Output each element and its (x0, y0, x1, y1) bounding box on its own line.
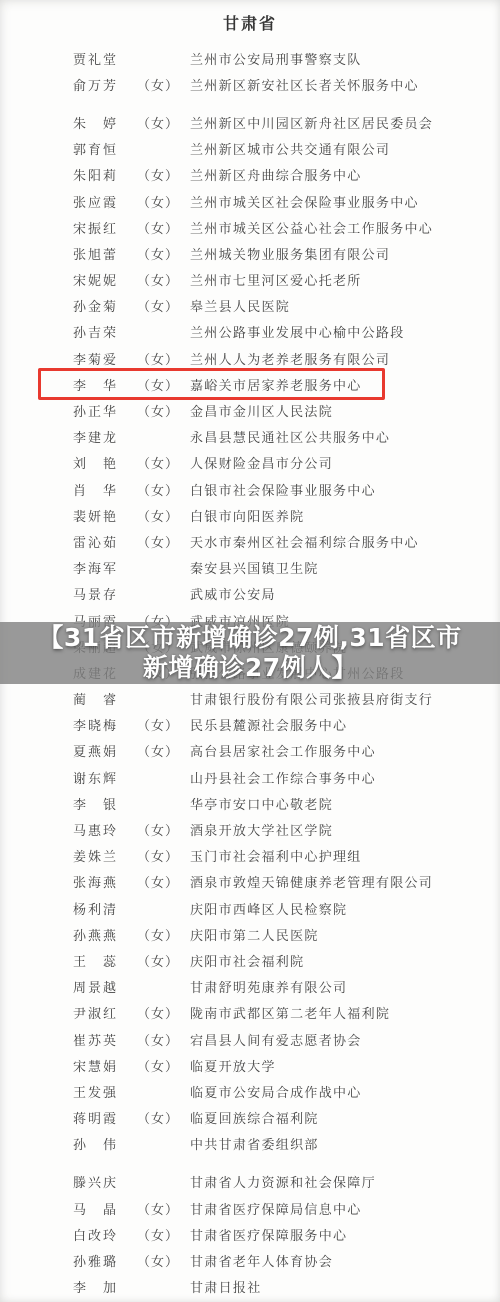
person-name: 裴妍艳 (73, 506, 137, 525)
person-name: 孙正华 (73, 401, 137, 420)
list-row: 孙吉荣 兰州公路事业发展中心榆中公路段 (0, 319, 500, 345)
organization: 兰州城关物业服务集团有限公司 (190, 244, 500, 263)
list-row: 李 银 华亭市安口中心敬老院 (0, 790, 500, 816)
person-name: 李建龙 (73, 427, 137, 446)
organization: 白银市向阳医养院 (190, 506, 500, 525)
organization: 甘肃银行股份有限公司张掖县府街支行 (190, 689, 500, 708)
person-name: 郭育恒 (73, 139, 137, 158)
list-row: 贾礼堂 兰州市公安局刑事警察支队 (0, 45, 500, 71)
list-row: 宋慧娟 （女） 临夏开放大学 (0, 1052, 500, 1078)
list-row: 郭育恒 兰州新区城市公共交通有限公司 (0, 136, 500, 162)
list-row: 马景存 武威市公安局 (0, 581, 500, 607)
person-name: 夏燕娟 (73, 741, 137, 760)
gender-label: （女） (137, 872, 190, 891)
person-name: 王 蕊 (73, 951, 137, 970)
gender-label: （女） (137, 741, 190, 760)
organization: 中共甘肃省委组织部 (190, 1134, 500, 1153)
gender-label: （女） (137, 480, 190, 499)
list-row: 裴妍艳 （女） 白银市向阳医养院 (0, 502, 500, 528)
gender-label: （女） (137, 192, 190, 211)
list-row: 孙金菊 （女） 皋兰县人民医院 (0, 293, 500, 319)
organization: 兰州市公安局刑事警察支队 (190, 49, 500, 68)
organization: 甘肃省老年人体育协会 (190, 1251, 500, 1270)
gender-label: （女） (137, 453, 190, 472)
gender-label: （女） (137, 1108, 190, 1127)
list-row: 孙雅璐 （女） 甘肃省老年人体育协会 (0, 1247, 500, 1273)
gender-label: （女） (137, 506, 190, 525)
organization: 秦安县兴国镇卫生院 (190, 558, 500, 577)
list-row: 杨利清 庆阳市西峰区人民检察院 (0, 895, 500, 921)
gender-label: （女） (137, 218, 190, 237)
person-name: 滕兴庆 (73, 1172, 137, 1191)
list-row: 张旭蕾 （女） 兰州城关物业服务集团有限公司 (0, 240, 500, 266)
overlay-text-line1: 【31省区市新增确诊27例,31省区市 (38, 623, 461, 653)
list-row: 白改玲 （女） 甘肃省医疗保障服务中心 (0, 1221, 500, 1247)
gender-label: （女） (137, 1199, 190, 1218)
organization: 甘肃省人力资源和社会保障厅 (190, 1172, 500, 1191)
document-page: 甘肃省 贾礼堂 兰州市公安局刑事警察支队 俞万芳 （女） 兰州新区新安社区长者关… (0, 0, 500, 1302)
list-row: 肖 华 （女） 白银市社会保险事业服务中心 (0, 476, 500, 502)
organization: 山丹县社会工作综合事务中心 (190, 768, 500, 787)
list-row: 李 华 （女） 嘉峪关市居家养老服务中心 (0, 371, 500, 397)
organization: 金昌市金川区人民法院 (190, 401, 500, 420)
person-name: 杨利清 (73, 899, 137, 918)
person-name: 白改玲 (73, 1225, 137, 1244)
list-row: 马惠玲 （女） 酒泉开放大学社区学院 (0, 816, 500, 842)
person-name: 李 银 (73, 794, 137, 813)
list-row: 张应霞 （女） 兰州市城关区社会保险事业服务中心 (0, 188, 500, 214)
list-row: 雷沁茹 （女） 天水市秦州区社会福利综合服务中心 (0, 528, 500, 554)
organization: 临夏市公安局合成作战中心 (190, 1082, 500, 1101)
person-name: 朱 婷 (73, 113, 137, 132)
person-name: 雷沁茹 (73, 532, 137, 551)
organization: 华亭市安口中心敬老院 (190, 794, 500, 813)
person-name: 李 加 (73, 1277, 137, 1296)
list-row: 朱 婷 （女） 兰州新区中川园区新舟社区居民委员会 (0, 109, 500, 135)
overlay-text-line2: 新增确诊27例人】 (143, 653, 357, 683)
gender-label: （女） (137, 165, 190, 184)
organization: 酒泉市敦煌天锦健康养老管理有限公司 (190, 872, 500, 891)
person-name: 李菊爱 (73, 349, 137, 368)
news-overlay-banner: 【31省区市新增确诊27例,31省区市 新增确诊27例人】 (0, 622, 500, 684)
person-name: 孙雅璐 (73, 1251, 137, 1270)
list-row: 孙正华 （女） 金昌市金川区人民法院 (0, 397, 500, 423)
organization: 兰州公路事业发展中心榆中公路段 (190, 322, 500, 341)
list-row: 孙燕燕 （女） 庆阳市第二人民医院 (0, 921, 500, 947)
gender-label: （女） (137, 951, 190, 970)
gender-label: （女） (137, 244, 190, 263)
list-row: 尹淑红 （女） 陇南市武都区第二老年人福利院 (0, 1000, 500, 1026)
organization: 临夏回族综合福利院 (190, 1108, 500, 1127)
list-row: 夏燕娟 （女） 高台县居家社会工作服务中心 (0, 738, 500, 764)
gender-label: （女） (137, 75, 190, 94)
organization: 酒泉开放大学社区学院 (190, 820, 500, 839)
organization: 皋兰县人民医院 (190, 296, 500, 315)
person-name: 尹淑红 (73, 1003, 137, 1022)
list-row: 姜姝兰 （女） 玉门市社会福利中心护理组 (0, 843, 500, 869)
person-name: 马惠玲 (73, 820, 137, 839)
person-name: 谢东辉 (73, 768, 137, 787)
organization: 兰州新区新安社区长者关怀服务中心 (190, 75, 500, 94)
organization: 兰州人人为老养老服务有限公司 (190, 349, 500, 368)
gender-label: （女） (137, 1003, 190, 1022)
person-name: 朱阳莉 (73, 165, 137, 184)
organization: 兰州新区城市公共交通有限公司 (190, 139, 500, 158)
list-row: 李晓梅 （女） 民乐县麓源社会服务中心 (0, 712, 500, 738)
gender-label: （女） (137, 925, 190, 944)
gender-label: （女） (137, 401, 190, 420)
person-name: 孙吉荣 (73, 322, 137, 341)
person-name: 马 晶 (73, 1199, 137, 1218)
person-name: 孙 伟 (73, 1134, 137, 1153)
gender-label: （女） (137, 270, 190, 289)
person-name: 张旭蕾 (73, 244, 137, 263)
gender-label: （女） (137, 1030, 190, 1049)
person-name: 崔苏英 (73, 1030, 137, 1049)
organization: 甘肃舒明苑康养有限公司 (190, 977, 500, 996)
list-row: 俞万芳 （女） 兰州新区新安社区长者关怀服务中心 (0, 71, 500, 97)
gender-label: （女） (137, 349, 190, 368)
person-name: 马景存 (73, 584, 137, 603)
list-row: 王 蕊 （女） 庆阳市社会福利院 (0, 947, 500, 973)
gender-label: （女） (137, 532, 190, 551)
organization: 甘肃省医疗保障服务中心 (190, 1225, 500, 1244)
person-name: 蔺 睿 (73, 689, 137, 708)
list-row: 谢东辉 山丹县社会工作综合事务中心 (0, 764, 500, 790)
list-row: 刘 艳 （女） 人保财险金昌市分公司 (0, 450, 500, 476)
gender-label: （女） (137, 375, 190, 394)
list-row: 马 晶 （女） 甘肃省医疗保障局信息中心 (0, 1195, 500, 1221)
person-name: 张应霞 (73, 192, 137, 211)
organization: 庆阳市第二人民医院 (190, 925, 500, 944)
organization: 武威市公安局 (190, 584, 500, 603)
list-row: 李建龙 永昌县慧民通社区公共服务中心 (0, 424, 500, 450)
person-name: 孙燕燕 (73, 925, 137, 944)
province-title: 甘肃省 (0, 0, 500, 45)
person-name: 张海燕 (73, 872, 137, 891)
organization: 兰州市城关区公益心社会工作服务中心 (190, 218, 500, 237)
gender-label: （女） (137, 715, 190, 734)
gender-label: （女） (137, 1056, 190, 1075)
organization: 高台县居家社会工作服务中心 (190, 741, 500, 760)
organization: 甘肃日报社 (190, 1277, 500, 1296)
person-name: 宋慧娟 (73, 1056, 137, 1075)
list-row: 李 加 甘肃日报社 (0, 1274, 500, 1300)
person-name: 李晓梅 (73, 715, 137, 734)
person-name: 肖 华 (73, 480, 137, 499)
person-name: 蒋明霞 (73, 1108, 137, 1127)
gender-label: （女） (137, 1251, 190, 1270)
organization: 人保财险金昌市分公司 (190, 453, 500, 472)
organization: 永昌县慧民通社区公共服务中心 (190, 427, 500, 446)
organization: 庆阳市社会福利院 (190, 951, 500, 970)
person-name: 姜姝兰 (73, 846, 137, 865)
person-name: 刘 艳 (73, 453, 137, 472)
organization: 庆阳市西峰区人民检察院 (190, 899, 500, 918)
organization: 兰州市城关区社会保险事业服务中心 (190, 192, 500, 211)
gender-label: （女） (137, 846, 190, 865)
organization: 白银市社会保险事业服务中心 (190, 480, 500, 499)
person-name: 宋振红 (73, 218, 137, 237)
organization: 玉门市社会福利中心护理组 (190, 846, 500, 865)
person-name: 俞万芳 (73, 75, 137, 94)
gender-label: （女） (137, 1225, 190, 1244)
list-row: 孙 伟 中共甘肃省委组织部 (0, 1131, 500, 1157)
gender-label: （女） (137, 296, 190, 315)
list-row: 崔苏英 （女） 宕昌县人间有爱志愿者协会 (0, 1026, 500, 1052)
list-row: 王发强 临夏市公安局合成作战中心 (0, 1078, 500, 1104)
person-name: 周景越 (73, 977, 137, 996)
list-row: 李海军 秦安县兴国镇卫生院 (0, 555, 500, 581)
organization: 陇南市武都区第二老年人福利院 (190, 1003, 500, 1022)
person-name: 李海军 (73, 558, 137, 577)
organization: 兰州市七里河区爱心托老所 (190, 270, 500, 289)
organization: 宕昌县人间有爱志愿者协会 (190, 1030, 500, 1049)
person-name: 孙金菊 (73, 296, 137, 315)
organization: 兰州新区舟曲综合服务中心 (190, 165, 500, 184)
list-row: 周景越 甘肃舒明苑康养有限公司 (0, 974, 500, 1000)
list-row: 蒋明霞 （女） 临夏回族综合福利院 (0, 1105, 500, 1131)
list-row: 宋振红 （女） 兰州市城关区公益心社会工作服务中心 (0, 214, 500, 240)
organization: 天水市秦州区社会福利综合服务中心 (190, 532, 500, 551)
person-name: 宋妮妮 (73, 270, 137, 289)
list-row: 蔺 睿 甘肃银行股份有限公司张掖县府街支行 (0, 686, 500, 712)
person-name: 李 华 (73, 375, 137, 394)
organization: 甘肃省医疗保障局信息中心 (190, 1199, 500, 1218)
organization: 兰州新区中川园区新舟社区居民委员会 (190, 113, 500, 132)
organization: 嘉峪关市居家养老服务中心 (190, 375, 500, 394)
list-row: 李菊爱 （女） 兰州人人为老养老服务有限公司 (0, 345, 500, 371)
list-row: 滕兴庆 甘肃省人力资源和社会保障厅 (0, 1169, 500, 1195)
person-name: 贾礼堂 (73, 49, 137, 68)
organization: 临夏开放大学 (190, 1056, 500, 1075)
list-row: 宋妮妮 （女） 兰州市七里河区爱心托老所 (0, 267, 500, 293)
list-row: 朱阳莉 （女） 兰州新区舟曲综合服务中心 (0, 162, 500, 188)
person-name: 王发强 (73, 1082, 137, 1101)
gender-label: （女） (137, 113, 190, 132)
gender-label: （女） (137, 820, 190, 839)
organization: 民乐县麓源社会服务中心 (190, 715, 500, 734)
list-row: 张海燕 （女） 酒泉市敦煌天锦健康养老管理有限公司 (0, 869, 500, 895)
